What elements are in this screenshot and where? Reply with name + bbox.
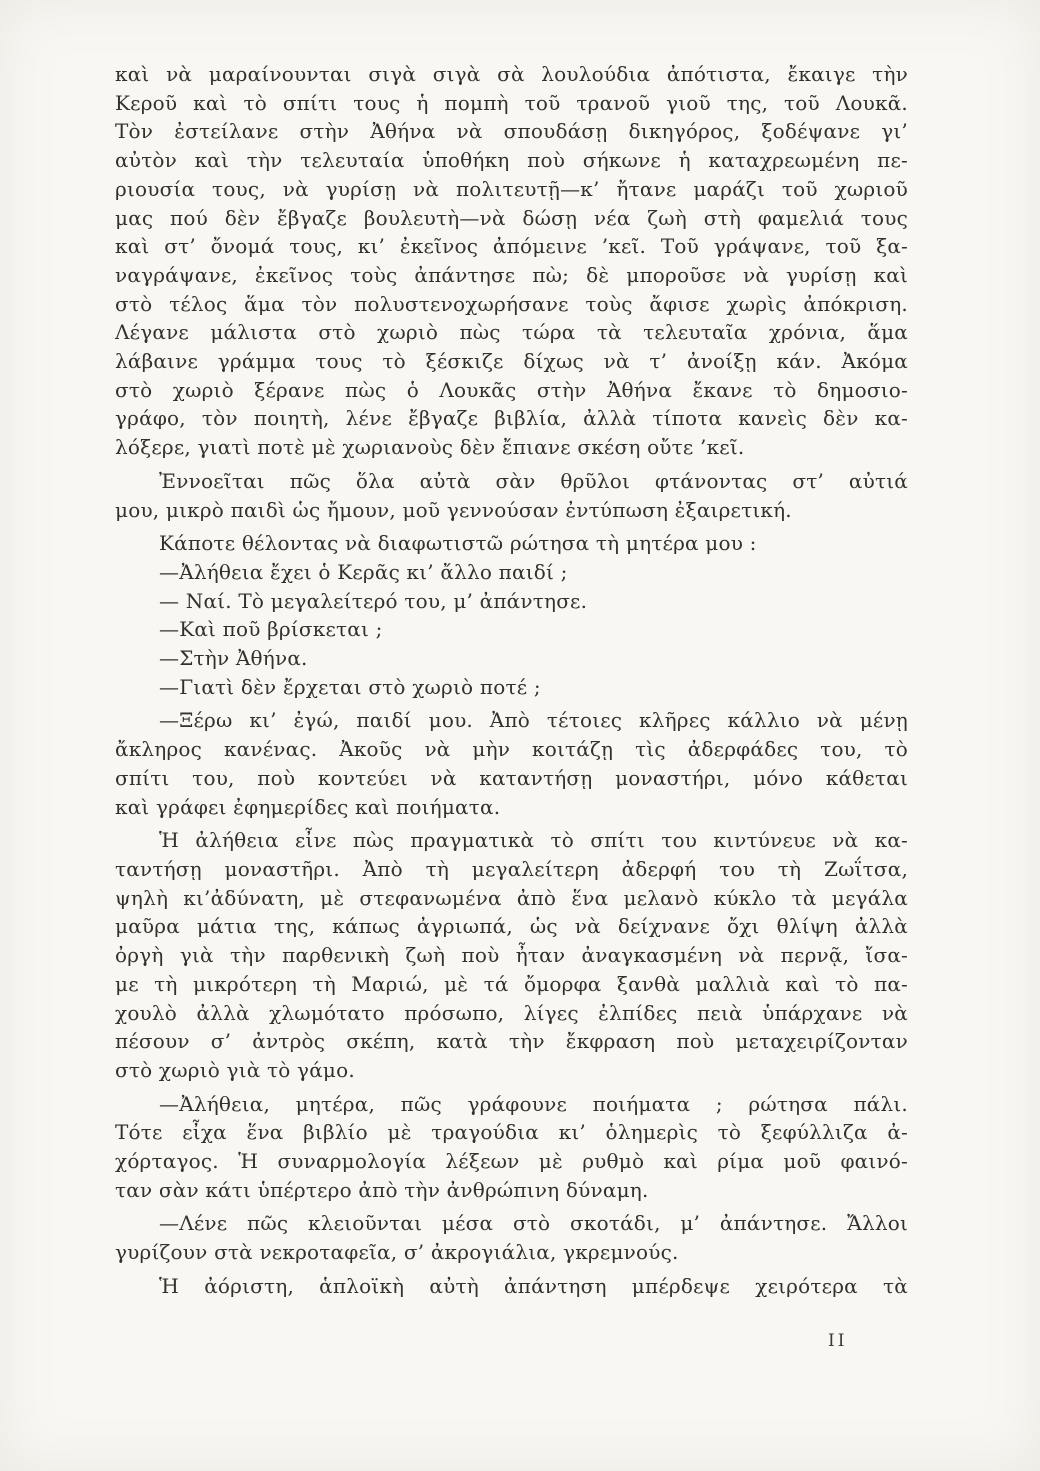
text-line: πέσουν σ’ ἀντρὸς σκέπη, κατὰ τὴν ἔκφραση… <box>115 1027 908 1056</box>
text-line: —Γιατὶ δὲν ἔρχεται στὸ χωριὸ ποτέ ; <box>115 673 908 702</box>
text-line: Κάποτε θέλοντας νὰ διαφωτιστῶ ρώτησα τὴ … <box>115 529 908 558</box>
paragraph: —Ἀλήθεια ἔχει ὁ Κερᾶς κι’ ἄλλο παιδί ; <box>115 558 908 587</box>
paragraph: καὶ νὰ μαραίνουνται σιγὰ σιγὰ σὰ λουλούδ… <box>115 60 908 462</box>
paragraph: Ἐννοεῖται πῶς ὅλα αὐτὰ σὰν θρῦλοι φτάνον… <box>115 467 908 524</box>
text-line: Ἐννοεῖται πῶς ὅλα αὐτὰ σὰν θρῦλοι φτάνον… <box>115 467 908 496</box>
text-line: στὸ τέλος ἅμα τὸν πολυστενοχωρήσανε τοὺς… <box>115 290 908 319</box>
paragraph: —Στὴν Ἀθήνα. <box>115 644 908 673</box>
text-line: αὐτὸν καὶ τὴν τελευταία ὑποθήκη ποὺ σήκω… <box>115 146 908 175</box>
paragraph: — Ναί. Τὸ μεγαλείτερό του, μ’ ἀπάντησε. <box>115 587 908 616</box>
text-line: στὸ χωριὸ γιὰ τὸ γάμο. <box>115 1056 908 1085</box>
text-line: καὶ στ’ ὄνομά τους, κι’ ἐκεῖνος ἀπόμεινε… <box>115 232 908 261</box>
text-line: μου, μικρὸ παιδὶ ὡς ἤμουν, μοῦ γεννούσαν… <box>115 496 908 525</box>
text-line: —Λένε πῶς κλειοῦνται μέσα στὸ σκοτάδι, μ… <box>115 1209 908 1238</box>
paragraph: Κάποτε θέλοντας νὰ διαφωτιστῶ ρώτησα τὴ … <box>115 529 908 558</box>
text-line: χουλὸ ἀλλὰ χλωμότατο πρόσωπο, λίγες ἐλπί… <box>115 999 908 1028</box>
text-block: καὶ νὰ μαραίνουνται σιγὰ σιγὰ σὰ λουλούδ… <box>115 60 908 1301</box>
text-line: —Στὴν Ἀθήνα. <box>115 644 908 673</box>
paragraph: —Λένε πῶς κλειοῦνται μέσα στὸ σκοτάδι, μ… <box>115 1209 908 1266</box>
text-line: χόρταγος. Ἡ συναρμολογία λέξεων μὲ ρυθμὸ… <box>115 1147 908 1176</box>
text-line: ταν σὰν κάτι ὑπέρτερο ἀπὸ τὴν ἀνθρώπινη … <box>115 1176 908 1205</box>
text-line: γυρίζουν στὰ νεκροταφεῖα, σ’ ἀκρογιάλια,… <box>115 1238 908 1267</box>
paragraph: —Γιατὶ δὲν ἔρχεται στὸ χωριὸ ποτέ ; <box>115 673 908 702</box>
text-line: — Ναί. Τὸ μεγαλείτερό του, μ’ ἀπάντησε. <box>115 587 908 616</box>
text-line: ψηλὴ κι’ἀδύνατη, μὲ στεφανωμένα ἀπὸ ἕνα … <box>115 884 908 913</box>
text-line: Τότε εἶχα ἕνα βιβλίο μὲ τραγούδια κι’ ὁλ… <box>115 1118 908 1147</box>
text-line: ριουσία τους, νὰ γυρίσῃ νὰ πολιτευτῇ—κ’ … <box>115 175 908 204</box>
text-line: Ἡ ἀλήθεια εἶνε πὼς πραγματικὰ τὸ σπίτι τ… <box>115 826 908 855</box>
text-line: ἄκληρος κανένας. Ἀκοῦς νὰ μὴν κοιτάζῃ τὶ… <box>115 735 908 764</box>
text-line: Λέγανε μάλιστα στὸ χωριὸ πὼς τώρα τὰ τελ… <box>115 318 908 347</box>
text-line: —Ἀλήθεια, μητέρα, πῶς γράφουνε ποιήματα … <box>115 1090 908 1119</box>
paragraph: Ἡ ἀλήθεια εἶνε πὼς πραγματικὰ τὸ σπίτι τ… <box>115 826 908 1084</box>
text-line: —Ἀλήθεια ἔχει ὁ Κερᾶς κι’ ἄλλο παιδί ; <box>115 558 908 587</box>
text-line: με τὴ μικρότερη τὴ Μαριώ, μὲ τά ὄμορφα ξ… <box>115 970 908 999</box>
text-line: στὸ χωριὸ ξέρανε πὼς ὁ Λουκᾶς στὴν Ἀθήνα… <box>115 376 908 405</box>
text-line: ταντήσῃ μοναστῆρι. Ἀπὸ τὴ μεγαλείτερη ἀδ… <box>115 855 908 884</box>
book-page-scan: καὶ νὰ μαραίνουνται σιγὰ σιγὰ σὰ λουλούδ… <box>0 0 1040 1471</box>
text-line: Τὸν ἐστείλανε στὴν Ἀθήνα νὰ σπουδάσῃ δικ… <box>115 117 908 146</box>
text-line: Ἡ ἀόριστη, ἁπλοϊκὴ αὐτὴ ἀπάντηση μπέρδεψ… <box>115 1272 908 1301</box>
paragraph: Ἡ ἀόριστη, ἁπλοϊκὴ αὐτὴ ἀπάντηση μπέρδεψ… <box>115 1272 908 1301</box>
text-line: ὀργὴ γιὰ τὴν παρθενικὴ ζωὴ ποὺ ἦταν ἀναγ… <box>115 941 908 970</box>
text-line: λάβαινε γράμμα τους τὸ ξέσκιζε δίχως νὰ … <box>115 347 908 376</box>
page-number: ΙΙ <box>828 1331 888 1351</box>
text-line: λόξερε, γιατὶ ποτὲ μὲ χωριανοὺς δὲν ἔπια… <box>115 433 908 462</box>
text-line: γράφο, τὸν ποιητὴ, λένε ἔβγαζε βιβλία, ἀ… <box>115 404 908 433</box>
text-line: μαῦρα μάτια της, κάπως ἀγριωπά, ὡς νὰ δε… <box>115 912 908 941</box>
paragraph: —Ἀλήθεια, μητέρα, πῶς γράφουνε ποιήματα … <box>115 1090 908 1205</box>
text-line: σπίτι του, ποὺ κοντεύει νὰ καταντήσῃ μον… <box>115 764 908 793</box>
text-line: —Καὶ ποῦ βρίσκεται ; <box>115 615 908 644</box>
text-line: μας πού δὲν ἔβγαζε βουλευτὴ—νὰ δώσῃ νέα … <box>115 204 908 233</box>
text-line: καὶ νὰ μαραίνουνται σιγὰ σιγὰ σὰ λουλούδ… <box>115 60 908 89</box>
text-line: ναγράψανε, ἐκεῖνος τοὺς ἀπάντησε πὼ; δὲ … <box>115 261 908 290</box>
paragraph: —Ξέρω κι’ ἐγώ, παιδί μου. Ἀπὸ τέτοιες κλ… <box>115 706 908 821</box>
text-line: —Ξέρω κι’ ἐγώ, παιδί μου. Ἀπὸ τέτοιες κλ… <box>115 706 908 735</box>
paragraph: —Καὶ ποῦ βρίσκεται ; <box>115 615 908 644</box>
text-line: καὶ γράφει ἐφημερίδες καὶ ποιήματα. <box>115 793 908 822</box>
text-line: Κεροῦ καὶ τὸ σπίτι τους ἡ πομπὴ τοῦ τραν… <box>115 89 908 118</box>
